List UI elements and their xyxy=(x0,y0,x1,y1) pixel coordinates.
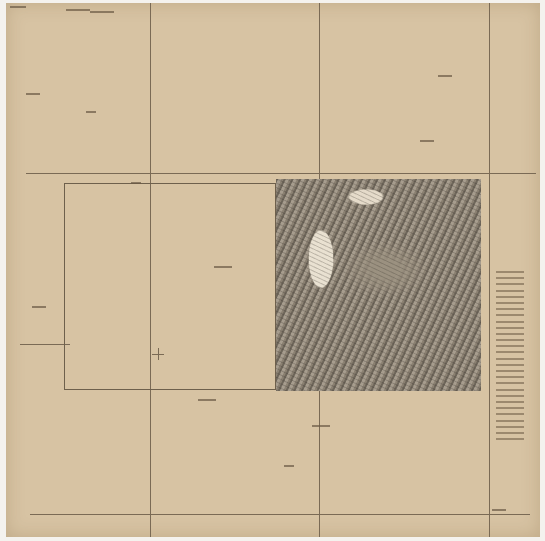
place-label xyxy=(198,399,216,401)
place-label xyxy=(131,182,141,184)
place-label xyxy=(284,465,294,467)
place-label xyxy=(26,93,40,95)
place-label xyxy=(312,425,330,427)
place-label xyxy=(420,140,434,142)
grid-line xyxy=(489,3,490,537)
place-label xyxy=(66,9,90,11)
place-label xyxy=(214,266,232,268)
map-legend xyxy=(496,271,524,444)
place-label xyxy=(86,111,96,113)
place-label xyxy=(10,6,26,8)
map-sheet xyxy=(6,3,540,537)
place-label xyxy=(438,75,452,77)
sheet-frame xyxy=(64,183,276,390)
place-label xyxy=(90,11,114,13)
center-cross xyxy=(152,348,164,360)
place-label xyxy=(32,306,46,308)
place-label xyxy=(492,509,506,511)
grid-line xyxy=(20,344,70,345)
grid-line xyxy=(30,514,530,515)
relief-map-panel xyxy=(276,179,481,391)
grid-line xyxy=(26,173,536,174)
